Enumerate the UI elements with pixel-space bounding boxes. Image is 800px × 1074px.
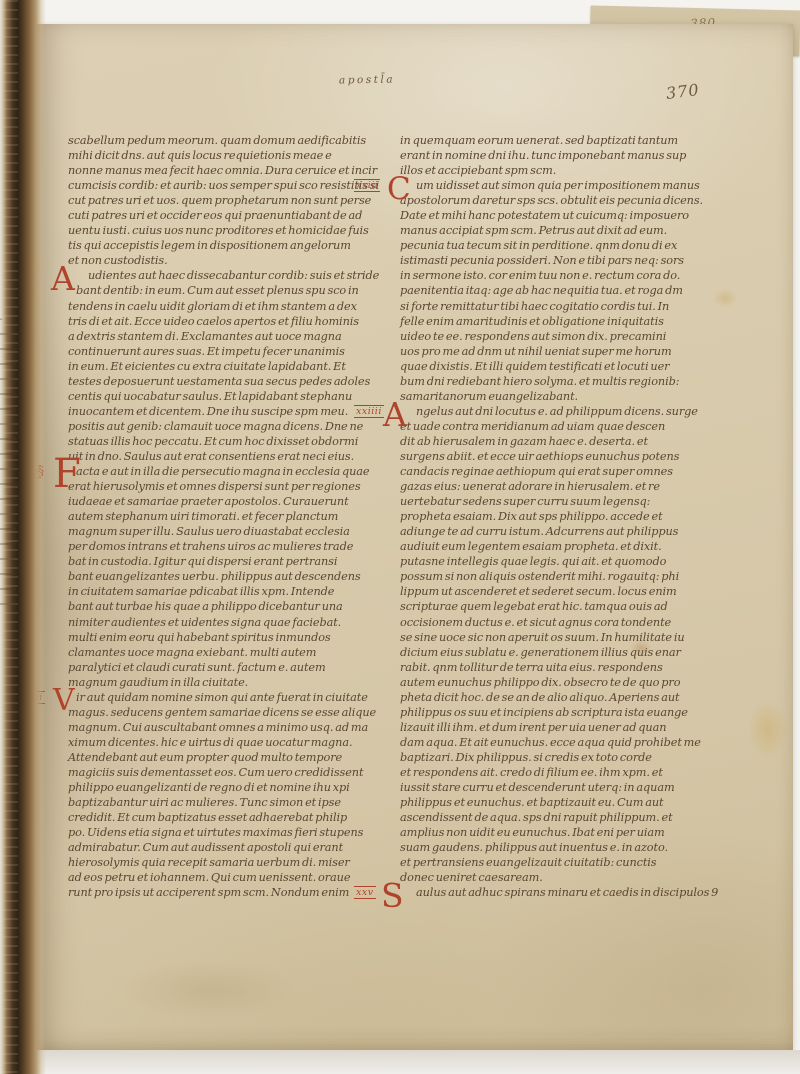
text-line: candacis reginae aethiopum qui erat supe… — [400, 464, 760, 479]
text-line: erat hierusolymis et omnes dispersi sunt… — [68, 479, 400, 494]
line-text: et non custodistis. — [68, 253, 168, 268]
line-text: ximum dicentes. hic e uirtus di quae uoc… — [68, 735, 352, 750]
text-line: uos pro me ad dnm ut nihil ueniat super … — [400, 344, 760, 359]
text-line: xxiiVir aut quidam nomine simon qui ante… — [68, 690, 400, 705]
line-text: iussit stare curru et descenderunt uterq… — [400, 780, 675, 795]
text-line: possum si non aliquis ostenderit mihi. r… — [400, 569, 760, 584]
line-text: paenitentia itaq: age ab hac nequitia tu… — [400, 283, 683, 298]
text-line: philippus os suu et incipiens ab scriptu… — [400, 705, 760, 720]
line-text: dit ab hierusalem in gazam haec e. deser… — [400, 434, 648, 449]
line-text: testes deposuerunt uestamenta sua secus … — [68, 374, 370, 389]
line-text: clamantes uoce magna exiebant. multi aut… — [68, 645, 316, 660]
chapter-number: xxiiii — [354, 405, 384, 418]
text-line: bant aut turbae his quae a philippo dice… — [68, 599, 400, 614]
text-line: donec ueniret caesaream. — [400, 870, 760, 885]
text-line: amplius non uidit eu eunuchus. Ibat eni … — [400, 825, 760, 840]
line-text: in sermone isto. cor enim tuu non e. rec… — [400, 268, 680, 283]
line-text: philippus os suu et incipiens ab scriptu… — [400, 705, 688, 720]
line-text: in quemquam eorum uenerat. sed baptizati… — [400, 133, 678, 148]
text-line: in sermone isto. cor enim tuu non e. rec… — [400, 268, 760, 283]
text-line: cuti patres uri et occider eos qui praen… — [68, 208, 400, 223]
text-line: ascendissent de aqua. sps dni rapuit phi… — [400, 810, 760, 825]
line-text: magnum gaudium in illa ciuitate. — [68, 675, 248, 690]
text-line: magnum super illu. Saulus uero diuastaba… — [68, 524, 400, 539]
text-line: credidit. Et cum baptizatus esset adhaer… — [68, 810, 400, 825]
text-line: positis aut genib: clamauit uoce magna d… — [68, 419, 400, 434]
text-line: in ciuitatem samariae pdicabat illis xpm… — [68, 584, 400, 599]
line-text: bat in custodia. Igitur qui dispersi era… — [68, 554, 337, 569]
text-column-right: in quemquam eorum uenerat. sed baptizati… — [400, 133, 760, 900]
line-text: ir aut quidam nomine simon qui ante fuer… — [68, 690, 368, 705]
line-text: bant dentib: in eum. Cum aut esset plenu… — [68, 283, 359, 298]
line-text: et pertransiens euangelizauit ciuitatib:… — [400, 855, 657, 870]
line-text: admirabatur. Cum aut audissent apostoli … — [68, 840, 343, 855]
text-line: clamantes uoce magna exiebant. multi aut… — [68, 645, 400, 660]
text-line: centis qui uocabatur saulus. Et lapidaba… — [68, 389, 400, 404]
text-line: erant in nomine dni ihu. tunc imponebant… — [400, 148, 760, 163]
line-text: dam aqua. Et ait eunuchus. ecce aqua qui… — [400, 735, 701, 750]
line-text: manus accipiat spm scm. Petrus aut dixit… — [400, 223, 667, 238]
text-line: et uade contra meridianum ad uiam quae d… — [400, 419, 760, 434]
facing-page-script — [0, 318, 26, 608]
line-text: credidit. Et cum baptizatus esset adhaer… — [68, 810, 347, 825]
text-line: tendens in caelu uidit gloriam di et ihm… — [68, 299, 400, 314]
line-text: uideo te ee. respondens aut simon dix. p… — [400, 329, 666, 344]
text-line: paralytici et claudi curati sunt. factum… — [68, 660, 400, 675]
line-text: tendens in caelu uidit gloriam di et ihm… — [68, 299, 357, 314]
line-text: si forte remittatur tibi haec cogitatio … — [400, 299, 669, 314]
line-text: Date et mihi hanc potestatem ut cuicumq:… — [400, 208, 689, 223]
text-line: mihi dicit dns. aut quis locus requietio… — [68, 148, 400, 163]
text-line: baptizabantur uiri ac mulieres. Tunc sim… — [68, 795, 400, 810]
text-column-left: scabellum pedum meorum. quam domum aedif… — [68, 133, 400, 900]
text-line: dicium eius sublatu e. generationem illi… — [400, 645, 760, 660]
line-text: runt pro ipsis ut acciperent spm scm. No… — [68, 885, 349, 900]
text-line: quae dixistis. Et illi quidem testificat… — [400, 359, 760, 374]
text-line: bant dentib: in eum. Cum aut esset plenu… — [68, 283, 400, 298]
text-line: paenitentia itaq: age ab hac nequitia tu… — [400, 283, 760, 298]
text-line: continuerunt aures suas. Et impetu fecer… — [68, 344, 400, 359]
line-text: bant aut turbae his quae a philippo dice… — [68, 599, 343, 614]
line-text: in ciuitatem samariae pdicabat illis xpm… — [68, 584, 334, 599]
line-text: apostolorum daretur sps scs. obtulit eis… — [400, 193, 703, 208]
text-line: occisionem ductus e. et sicut agnus cora… — [400, 615, 760, 630]
line-text: nonne manus mea fecit haec omnia. Dura c… — [68, 163, 377, 178]
text-line: Attendebant aut eum propter quod multo t… — [68, 750, 400, 765]
line-text: rabit. qnm tollitur de terra uita eius. … — [400, 660, 663, 675]
text-line: baptizari. Dix philippus. si credis ex t… — [400, 750, 760, 765]
chapter-number: xxv — [354, 886, 376, 899]
line-text: ascendissent de aqua. sps dni rapuit phi… — [400, 810, 673, 825]
line-text: autem stephanum uiri timorati. et fecer … — [68, 509, 338, 524]
line-text: acta e aut in illa die persecutio magna … — [68, 464, 370, 479]
line-text: centis qui uocabatur saulus. Et lapidaba… — [68, 389, 352, 404]
chapter-initial: C — [387, 174, 411, 204]
line-text: Attendebant aut eum propter quod multo t… — [68, 750, 342, 765]
line-text: hierosolymis quia recepit samaria uerbum… — [68, 855, 350, 870]
line-text: pheta dicit hoc. de se an de alio aliquo… — [400, 690, 679, 705]
text-line: ximum dicentes. hic e uirtus di quae uoc… — [68, 735, 400, 750]
line-text: candacis reginae aethiopum qui erat supe… — [400, 464, 673, 479]
line-text: philippus et eunuchus. et baptizauit eu.… — [400, 795, 663, 810]
text-line: magnum gaudium in illa ciuitate. — [68, 675, 400, 690]
line-text: gazas eius: uenerat adorare in hierusale… — [400, 479, 660, 494]
line-text: scabellum pedum meorum. quam domum aedif… — [68, 133, 366, 148]
text-line: runt pro ipsis ut acciperent spm scm. No… — [68, 885, 400, 900]
line-text: ngelus aut dni locutus e. ad philippum d… — [400, 404, 698, 419]
line-text: per domos intrans et trahens uiros ac mu… — [68, 539, 353, 554]
text-line: tris di et ait. Ecce uideo caelos aperto… — [68, 314, 400, 329]
line-text: surgens abiit. et ecce uir aethiops eunu… — [400, 449, 679, 464]
text-line: multi enim eoru qui habebant spiritus in… — [68, 630, 400, 645]
text-line: iudaeae et samariae praeter apostolos. C… — [68, 494, 400, 509]
photograph-background: { "page": { "running_title": "apostl\u03… — [0, 0, 800, 1074]
text-line: autem eunuchus philippo dix. obsecro te … — [400, 675, 760, 690]
line-text: aulus aut adhuc spirans minaru et caedis… — [400, 885, 718, 900]
text-line: bat in custodia. Igitur qui dispersi era… — [68, 554, 400, 569]
book-gutter — [0, 0, 46, 1074]
text-line: putasne intellegis quae legis. qui ait. … — [400, 554, 760, 569]
text-line: xxAudientes aut haec dissecabantur cordi… — [68, 268, 400, 283]
text-line: gazas eius: uenerat adorare in hierusale… — [400, 479, 760, 494]
text-line: rabit. qnm tollitur de terra uita eius. … — [400, 660, 760, 675]
line-text: suam gaudens. philippus aut inuentus e. … — [400, 840, 668, 855]
text-line: iussit stare curru et descenderunt uterq… — [400, 780, 760, 795]
text-line: surgens abiit. et ecce uir aethiops eunu… — [400, 449, 760, 464]
line-text: uos pro me ad dnm ut nihil ueniat super … — [400, 344, 672, 359]
text-line: illos et accipiebant spm scm. — [400, 163, 760, 178]
text-line: po. Uidens etia signa et uirtutes maxima… — [68, 825, 400, 840]
text-line: tis qui accepistis legem in dispositione… — [68, 238, 400, 253]
text-line: inuocantem et dicentem. Dne ihu suscipe … — [68, 404, 400, 419]
text-line: lizauit illi ihm. et dum irent per uia u… — [400, 720, 760, 735]
line-text: magus. seducens gentem samariae dicens s… — [68, 705, 376, 720]
text-line: Date et mihi hanc potestatem ut cuicumq:… — [400, 208, 760, 223]
text-line: uentu iusti. cuius uos nunc proditores e… — [68, 223, 400, 238]
line-text: cut patres uri et uos. quem prophetarum … — [68, 193, 371, 208]
chapter-initial: V — [53, 686, 75, 716]
text-line: nimiter audientes et uidentes signa quae… — [68, 615, 400, 630]
text-line: scripturae quem legebat erat hic. tamqua… — [400, 599, 760, 614]
text-line: lippum ut ascenderet et sederet secum. l… — [400, 584, 760, 599]
text-line: autem stephanum uiri timorati. et fecer … — [68, 509, 400, 524]
line-text: multi enim eoru qui habebant spiritus in… — [68, 630, 331, 645]
line-text: philippo euangelizanti de regno di et no… — [68, 780, 350, 795]
line-text: et respondens ait. credo di filium ee. i… — [400, 765, 663, 780]
text-line: ad eos petru et iohannem. Qui cum ueniss… — [68, 870, 400, 885]
text-line: uertebatur sedens super curru suum legen… — [400, 494, 760, 509]
text-line: pecunia tua tecum sit in perditione. qnm… — [400, 238, 760, 253]
text-line: xxiiiiAngelus aut dni locutus e. ad phil… — [400, 404, 760, 419]
line-text: bum dni rediebant hiero solyma. et multi… — [400, 374, 679, 389]
line-text: uertebatur sedens super curru suum legen… — [400, 494, 650, 509]
chapter-number: xxiii — [354, 179, 380, 192]
line-text: baptizari. Dix philippus. si credis ex t… — [400, 750, 652, 765]
line-text: propheta esaiam. Dix aut sps philippo. a… — [400, 509, 663, 524]
line-text: a dextris stantem di. Exclamantes aut uo… — [68, 329, 342, 344]
text-line: felle enim amaritudinis et obligatione i… — [400, 314, 760, 329]
line-text: lippum ut ascenderet et sederet secum. l… — [400, 584, 677, 599]
folio-number: 370 — [665, 80, 701, 103]
desk-surface — [0, 1050, 800, 1074]
line-text: magnum. Cui auscultabant omnes a minimo … — [68, 720, 368, 735]
text-line: magus. seducens gentem samariae dicens s… — [68, 705, 400, 720]
text-line: scabellum pedum meorum. quam domum aedif… — [68, 133, 400, 148]
text-line: dit ab hierusalem in gazam haec e. deser… — [400, 434, 760, 449]
running-title: apostl̄a — [339, 74, 395, 87]
chapter-initial: F — [53, 459, 81, 489]
line-text: statuas illis hoc peccatu. Et cum hoc di… — [68, 434, 358, 449]
text-line: et non custodistis. — [68, 253, 400, 268]
text-line: philippus et eunuchus. et baptizauit eu.… — [400, 795, 760, 810]
text-line: si forte remittatur tibi haec cogitatio … — [400, 299, 760, 314]
line-text: lizauit illi ihm. et dum irent per uia u… — [400, 720, 666, 735]
text-line: se sine uoce sic non aperuit os suum. In… — [400, 630, 760, 645]
line-text: magiciis suis dementasset eos. Cum uero … — [68, 765, 363, 780]
line-text: se sine uoce sic non aperuit os suum. In… — [400, 630, 685, 645]
text-line: philippo euangelizanti de regno di et no… — [68, 780, 400, 795]
line-text: tris di et ait. Ecce uideo caelos aperto… — [68, 314, 359, 329]
text-line: istimasti pecunia possideri. Non e tibi … — [400, 253, 760, 268]
line-text: cuti patres uri et occider eos qui praen… — [68, 208, 362, 223]
text-line: admirabatur. Cum aut audissent apostoli … — [68, 840, 400, 855]
line-text: uit in dno. Saulus aut erat consentiens … — [68, 449, 354, 464]
line-text: illos et accipiebant spm scm. — [400, 163, 556, 178]
line-text: uentu iusti. cuius uos nunc proditores e… — [68, 223, 369, 238]
text-line: uideo te ee. respondens aut simon dix. p… — [400, 329, 760, 344]
line-text: inuocantem et dicentem. Dne ihu suscipe … — [68, 404, 348, 419]
text-line: adiunge te ad curru istum. Adcurrens aut… — [400, 524, 760, 539]
text-line: manus accipiat spm scm. Petrus aut dixit… — [400, 223, 760, 238]
line-text: mihi dicit dns. aut quis locus requietio… — [68, 148, 332, 163]
line-text: quae dixistis. Et illi quidem testificat… — [400, 359, 669, 374]
text-line: magiciis suis dementasset eos. Cum uero … — [68, 765, 400, 780]
text-line: samaritanorum euangelizabant. — [400, 389, 760, 404]
text-line: dam aqua. Et ait eunuchus. ecce aqua qui… — [400, 735, 760, 750]
text-line: cumcisis cordib: et aurib: uos semper sp… — [68, 178, 400, 193]
text-line: suam gaudens. philippus aut inuentus e. … — [400, 840, 760, 855]
text-line: xxiiiCum uidisset aut simon quia per imp… — [400, 178, 760, 193]
line-text: udientes aut haec dissecabantur cordib: … — [68, 268, 379, 283]
line-text: po. Uidens etia signa et uirtutes maxima… — [68, 825, 363, 840]
line-text: erat hierusolymis et omnes dispersi sunt… — [68, 479, 361, 494]
line-text: in eum. Et eicientes cu extra ciuitate l… — [68, 359, 346, 374]
text-line: bum dni rediebant hiero solyma. et multi… — [400, 374, 760, 389]
line-text: baptizabantur uiri ac mulieres. Tunc sim… — [68, 795, 341, 810]
line-text: continuerunt aures suas. Et impetu fecer… — [68, 344, 345, 359]
text-line: xxvSaulus aut adhuc spirans minaru et ca… — [400, 885, 760, 900]
text-line: et pertransiens euangelizauit ciuitatib:… — [400, 855, 760, 870]
line-text: dicium eius sublatu e. generationem illi… — [400, 645, 681, 660]
text-line: audiuit eum legentem esaiam propheta. et… — [400, 539, 760, 554]
line-text: um uidisset aut simon quia per impositio… — [400, 178, 700, 193]
line-text: donec ueniret caesaream. — [400, 870, 543, 885]
text-line: et respondens ait. credo di filium ee. i… — [400, 765, 760, 780]
line-text: bant euangelizantes uerbu. philippus aut… — [68, 569, 361, 584]
line-text: istimasti pecunia possideri. Non e tibi … — [400, 253, 684, 268]
text-line: nonne manus mea fecit haec omnia. Dura c… — [68, 163, 400, 178]
text-line: pheta dicit hoc. de se an de alio aliquo… — [400, 690, 760, 705]
chapter-initial: A — [51, 264, 75, 294]
line-text: occisionem ductus e. et sicut agnus cora… — [400, 615, 671, 630]
line-text: autem eunuchus philippo dix. obsecro te … — [400, 675, 680, 690]
line-text: cumcisis cordib: et aurib: uos semper sp… — [68, 178, 379, 193]
line-text: ad eos petru et iohannem. Qui cum ueniss… — [68, 870, 350, 885]
line-text: positis aut genib: clamauit uoce magna d… — [68, 419, 363, 434]
text-line: in eum. Et eicientes cu extra ciuitate l… — [68, 359, 400, 374]
line-text: adiunge te ad curru istum. Adcurrens aut… — [400, 524, 678, 539]
text-line: uit in dno. Saulus aut erat consentiens … — [68, 449, 400, 464]
line-text: pecunia tua tecum sit in perditione. qnm… — [400, 238, 677, 253]
text-line: bant euangelizantes uerbu. philippus aut… — [68, 569, 400, 584]
line-text: iudaeae et samariae praeter apostolos. C… — [68, 494, 349, 509]
text-line: a dextris stantem di. Exclamantes aut uo… — [68, 329, 400, 344]
line-text: possum si non aliquis ostenderit mihi. r… — [400, 569, 679, 584]
line-text: nimiter audientes et uidentes signa quae… — [68, 615, 341, 630]
text-line: testes deposuerunt uestamenta sua secus … — [68, 374, 400, 389]
text-line: cut patres uri et uos. quem prophetarum … — [68, 193, 400, 208]
line-text: scripturae quem legebat erat hic. tamqua… — [400, 599, 668, 614]
manuscript-page: apostl̄a 370 scabellum pedum meorum. qua… — [36, 24, 793, 1050]
line-text: samaritanorum euangelizabant. — [400, 389, 578, 404]
text-line: in quemquam eorum uenerat. sed baptizati… — [400, 133, 760, 148]
text-line: apostolorum daretur sps scs. obtulit eis… — [400, 193, 760, 208]
line-text: magnum super illu. Saulus uero diuastaba… — [68, 524, 350, 539]
text-line: hierosolymis quia recepit samaria uerbum… — [68, 855, 400, 870]
line-text: tis qui accepistis legem in dispositione… — [68, 238, 351, 253]
chapter-initial: A — [383, 400, 407, 430]
text-line: magnum. Cui auscultabant omnes a minimo … — [68, 720, 400, 735]
text-line: xxi§Facta e aut in illa die persecutio m… — [68, 464, 400, 479]
line-text: et uade contra meridianum ad uiam quae d… — [400, 419, 665, 434]
text-line: statuas illis hoc peccatu. Et cum hoc di… — [68, 434, 400, 449]
line-text: amplius non uidit eu eunuchus. Ibat eni … — [400, 825, 665, 840]
line-text: putasne intellegis quae legis. qui ait. … — [400, 554, 666, 569]
chapter-initial: S — [381, 881, 404, 911]
line-text: felle enim amaritudinis et obligatione i… — [400, 314, 664, 329]
line-text: erant in nomine dni ihu. tunc imponebant… — [400, 148, 686, 163]
text-line: propheta esaiam. Dix aut sps philippo. a… — [400, 509, 760, 524]
line-text: paralytici et claudi curati sunt. factum… — [68, 660, 326, 675]
line-text: audiuit eum legentem esaiam propheta. et… — [400, 539, 662, 554]
text-line: per domos intrans et trahens uiros ac mu… — [68, 539, 400, 554]
